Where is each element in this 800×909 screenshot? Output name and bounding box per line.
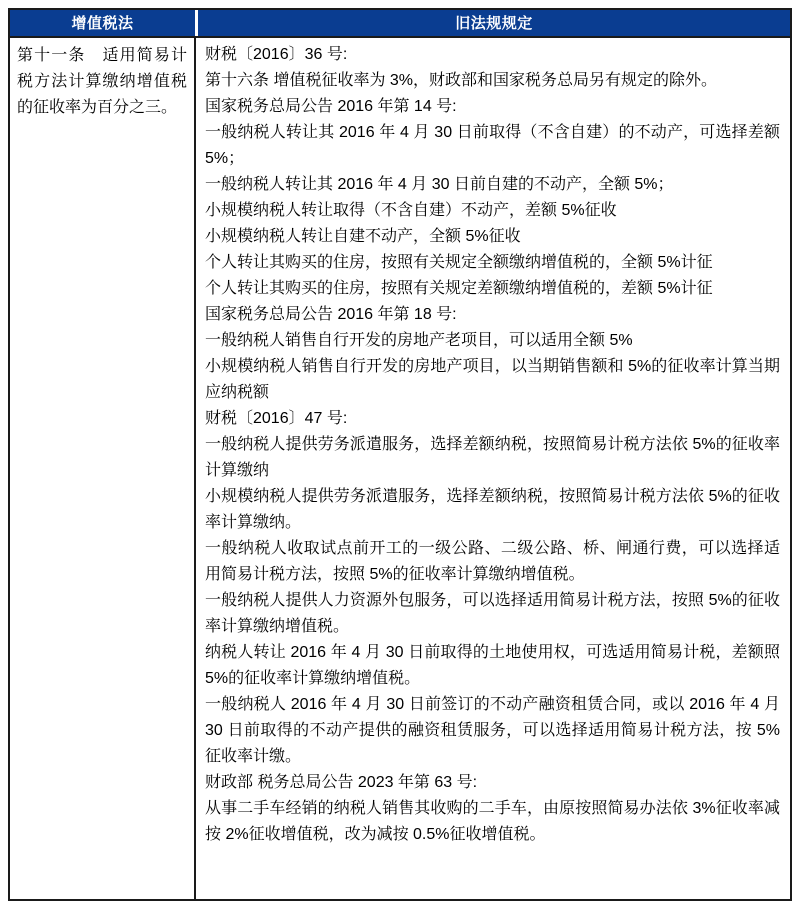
regulation-paragraph: 一般纳税人 2016 年 4 月 30 日前签订的不动产融资租赁合同，或以 20… [205, 692, 780, 770]
regulation-paragraph: 财政部 税务总局公告 2023 年第 63 号: [205, 770, 780, 796]
regulation-paragraph: 一般纳税人转让其 2016 年 4 月 30 日前自建的不动产，全额 5%； [205, 172, 780, 198]
table-header-row: 增值税法 旧法规规定 [10, 10, 790, 38]
regulation-paragraph: 财税〔2016〕47 号: [205, 406, 780, 432]
regulation-paragraph: 国家税务总局公告 2016 年第 18 号: [205, 302, 780, 328]
regulation-paragraph: 小规模纳税人转让自建不动产，全额 5%征收 [205, 224, 780, 250]
column-header-vat-law: 增值税法 [10, 10, 195, 36]
regulation-paragraph: 第十六条 增值税征收率为 3%，财政部和国家税务总局另有规定的除外。 [205, 68, 780, 94]
regulation-paragraph: 国家税务总局公告 2016 年第 14 号: [205, 94, 780, 120]
regulation-paragraph: 纳税人转让 2016 年 4 月 30 日前取得的土地使用权，可选适用简易计税，… [205, 640, 780, 692]
regulation-paragraph: 一般纳税人提供劳务派遣服务，选择差额纳税，按照简易计税方法依 5%的征收率计算缴… [205, 432, 780, 484]
regulation-paragraph: 一般纳税人销售自行开发的房地产老项目，可以适用全额 5% [205, 328, 780, 354]
regulation-paragraph: 从事二手车经销的纳税人销售其收购的二手车，由原按照简易办法依 3%征收率减按 2… [205, 796, 780, 848]
column-header-old-regulations: 旧法规规定 [198, 10, 790, 36]
regulation-paragraph: 一般纳税人提供人力资源外包服务，可以选择适用简易计税方法，按照 5%的征收率计算… [205, 588, 780, 640]
regulation-paragraph: 个人转让其购买的住房，按照有关规定全额缴纳增值税的，全额 5%计征 [205, 250, 780, 276]
regulations-comparison-table: 增值税法 旧法规规定 第十一条 适用简易计税方法计算缴纳增值税的征收率为百分之三… [8, 8, 792, 901]
old-regulations-cell: 财税〔2016〕36 号:第十六条 增值税征收率为 3%，财政部和国家税务总局另… [196, 38, 790, 899]
table-body-row: 第十一条 适用简易计税方法计算缴纳增值税的征收率为百分之三。 财税〔2016〕3… [10, 38, 790, 899]
vat-law-article-text: 第十一条 适用简易计税方法计算缴纳增值税的征收率为百分之三。 [17, 43, 187, 121]
regulation-paragraph: 财税〔2016〕36 号: [205, 42, 780, 68]
regulation-paragraph: 一般纳税人转让其 2016 年 4 月 30 日前取得（不含自建）的不动产，可选… [205, 120, 780, 172]
regulation-paragraph: 小规模纳税人转让取得（不含自建）不动产，差额 5%征收 [205, 198, 780, 224]
vat-law-article-cell: 第十一条 适用简易计税方法计算缴纳增值税的征收率为百分之三。 [10, 38, 196, 899]
regulation-paragraph: 小规模纳税人提供劳务派遣服务，选择差额纳税，按照简易计税方法依 5%的征收率计算… [205, 484, 780, 536]
regulation-paragraph: 一般纳税人收取试点前开工的一级公路、二级公路、桥、闸通行费，可以选择适用简易计税… [205, 536, 780, 588]
regulation-paragraph: 小规模纳税人销售自行开发的房地产项目，以当期销售额和 5%的征收率计算当期应纳税… [205, 354, 780, 406]
regulation-paragraph: 个人转让其购买的住房，按照有关规定差额缴纳增值税的，差额 5%计征 [205, 276, 780, 302]
